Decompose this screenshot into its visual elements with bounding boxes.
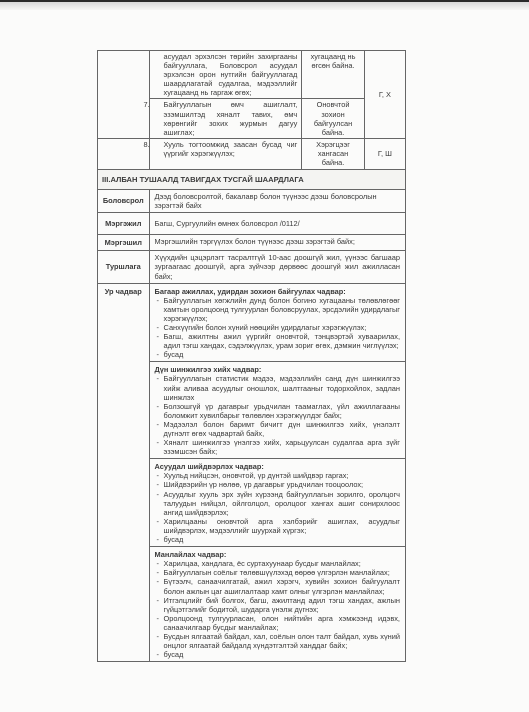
requirement-value: Мэргэшлийн тэргүүлэх болон түүнээс дээш …: [149, 235, 405, 251]
dash-bullet-icon: -: [157, 480, 164, 489]
skill-bullet-text: Болзошгүй үр дагаврыг урьдчилан таамагла…: [164, 402, 400, 420]
skill-bullet-item: -Байгууллагын хөгжлийн дунд болон богино…: [155, 296, 400, 323]
requirement-row-education: Боловсрол Дээд боловсролтой, бакалавр бо…: [98, 189, 406, 212]
dash-bullet-icon: -: [157, 577, 164, 586]
skill-group: Дүн шинжилгээ хийх чадвар:-Байгууллагын …: [149, 362, 405, 459]
skill-bullet-item: -бусад: [155, 650, 400, 659]
skill-bullet-text: Санхүүгийн болон хүний нөөцийн удирдлагы…: [164, 323, 367, 332]
skill-bullet-item: -Харилцаа, хандлага, ёс суртахуунаар бус…: [155, 559, 400, 568]
skill-bullet-text: Асуудлыг хууль эрх зүйн хүрээнд байгуулл…: [164, 490, 400, 517]
blank-cell: [98, 51, 150, 139]
skill-bullet-text: Хяналт шинжилгээ үнэлгээ хийх, харьцуулс…: [164, 438, 400, 456]
dash-bullet-icon: -: [157, 614, 164, 623]
dash-bullet-icon: -: [157, 632, 164, 641]
dash-bullet-icon: -: [157, 471, 164, 480]
skill-group: Манлайлах чадвар:-Харилцаа, хандлага, ёс…: [149, 547, 405, 662]
dash-bullet-icon: -: [157, 438, 164, 447]
dash-bullet-icon: -: [157, 517, 164, 526]
skill-bullet-item: -Оролцоонд тулгуурласан, олон нийтийн ар…: [155, 614, 400, 632]
skill-heading: Дүн шинжилгээ хийх чадвар:: [155, 365, 400, 374]
scan-shadow: [0, 2, 529, 10]
requirement-row-profession: Мэргэжил Багш, Сургуулийн өмнөх боловсро…: [98, 213, 406, 235]
dash-bullet-icon: -: [157, 559, 164, 568]
dash-bullet-icon: -: [157, 332, 164, 341]
dash-bullet-icon: -: [157, 596, 164, 605]
duty-criterion: Оновчтой зохион байгуулсан байна.: [302, 99, 365, 138]
skill-bullet-text: Итгэлцлийг бий болгох, багш, ажилтанд ад…: [164, 596, 400, 614]
skill-bullet-item: -Шийдвэрийн үр нөлөө, үр дагаврыг урьдчи…: [155, 480, 400, 489]
requirement-label: Мэргэшил: [98, 235, 150, 251]
dash-bullet-icon: -: [157, 402, 164, 411]
dash-bullet-icon: -: [157, 323, 164, 332]
skill-bullet-item: -бусад: [155, 350, 400, 359]
section-header-row: III.АЛБАН ТУШААЛД ТАВИГДАХ ТУСГАЙ ШААРДЛ…: [98, 169, 406, 189]
skill-bullet-item: -Мэдээлэл болон баримт бичигт дүн шинжил…: [155, 420, 400, 438]
requirement-row-qualification: Мэргэшил Мэргэшлийн тэргүүлэх болон түүн…: [98, 235, 406, 251]
dash-bullet-icon: -: [157, 490, 164, 499]
duty-code: Г, Ш: [364, 138, 405, 169]
duty-code: Г, Х: [364, 51, 405, 139]
skill-bullet-text: Мэдээлэл болон баримт бичигт дүн шинжилг…: [164, 420, 400, 438]
job-description-table: асуудал эрхэлсэн төрийн захиргааны байгу…: [97, 50, 406, 662]
duty-text-content: Хууль тогтоомжид заасан бусад чиг үүргий…: [164, 140, 298, 158]
skill-bullet-text: Харилцаа, хандлага, ёс суртахуунаар бусд…: [164, 559, 361, 568]
skill-bullet-item: -Болзошгүй үр дагаврыг урьдчилан таамагл…: [155, 402, 400, 420]
requirement-label: Мэргэжил: [98, 213, 150, 235]
section-title: III.АЛБАН ТУШААЛД ТАВИГДАХ ТУСГАЙ ШААРДЛ…: [98, 169, 406, 189]
skill-bullet-text: Хуульд нийцсэн, оновчтой, үр дүнтэй шийд…: [164, 471, 349, 480]
dash-bullet-icon: -: [157, 374, 164, 383]
skill-bullet-item: -Бусдын ялгаатай байдал, хал, соёлын оло…: [155, 632, 400, 650]
skill-bullet-text: Багш, ажилтны ажил үүргийг оновчтой, тэн…: [164, 332, 400, 350]
requirement-value: Багш, Сургуулийн өмнөх боловсрол /0112/: [149, 213, 405, 235]
requirement-value: Хүүхдийн цэцэрлэгт тасралтгүй 10-аас доо…: [149, 251, 405, 283]
skill-bullet-item: -Хуульд нийцсэн, оновчтой, үр дүнтэй ший…: [155, 471, 400, 480]
skill-bullet-item: -Хяналт шинжилгээ үнэлгээ хийх, харьцуул…: [155, 438, 400, 456]
skill-bullet-item: -Санхүүгийн болон хүний нөөцийн удирдлаг…: [155, 323, 400, 332]
requirement-value: Дээд боловсролтой, бакалавр болон түүнээ…: [149, 189, 405, 212]
skill-bullet-text: Байгууллагын статистик мэдээ, мэдээллийн…: [164, 374, 400, 401]
skills-row-0: Ур чадвар Багаар ажиллах, удирдан зохион…: [98, 283, 406, 362]
skill-bullet-text: Байгууллагын соёлыг төлөвшүүлэхэд өөрөө …: [164, 568, 390, 577]
skill-bullet-item: -Бүтээлч, санаачилгатай, ажил хэрэгч, ху…: [155, 577, 400, 595]
duty-text: асуудал эрхэлсэн төрийн захиргааны байгу…: [149, 51, 302, 99]
skill-bullet-item: -Байгууллагын соёлыг төлөвшүүлэхэд өөрөө…: [155, 568, 400, 577]
duty-number: 8.: [154, 140, 164, 149]
skill-bullet-item: -Асуудлыг хууль эрх зүйн хүрээнд байгуул…: [155, 490, 400, 517]
duty-text-content: асуудал эрхэлсэн төрийн захиргааны байгу…: [164, 52, 298, 97]
skill-bullet-text: бусад: [164, 535, 184, 544]
duty-criterion: хугацаанд нь өгсөн байна.: [302, 51, 365, 99]
requirement-label: Боловсрол: [98, 189, 150, 212]
requirement-row-experience: Туршлага Хүүхдийн цэцэрлэгт тасралтгүй 1…: [98, 251, 406, 283]
duty-row-8: 8.Хууль тогтоомжид заасан бусад чиг үүрг…: [98, 138, 406, 169]
dash-bullet-icon: -: [157, 296, 164, 305]
skills-label: Ур чадвар: [98, 283, 150, 662]
skill-bullet-item: -бусад: [155, 535, 400, 544]
skill-bullet-text: Байгууллагын хөгжлийн дунд болон богино …: [164, 296, 400, 323]
dash-bullet-icon: -: [157, 535, 164, 544]
duty-code-7: Г, Х: [379, 90, 391, 99]
dash-bullet-icon: -: [157, 650, 164, 659]
skill-bullet-text: бусад: [164, 650, 184, 659]
skill-bullet-item: -Байгууллагын статистик мэдээ, мэдээллий…: [155, 374, 400, 401]
skill-bullet-text: бусад: [164, 350, 184, 359]
duty-text: 7.Байгууллагын өмч ашиглалт, эзэмшилтэд …: [149, 99, 302, 138]
skill-bullet-text: Бүтээлч, санаачилгатай, ажил хэрэгч, хув…: [164, 577, 400, 595]
skill-bullet-text: Оролцоонд тулгуурласан, олон нийтийн арг…: [164, 614, 400, 632]
requirement-label: Туршлага: [98, 251, 150, 283]
skill-bullet-item: -Багш, ажилтны ажил үүргийг оновчтой, тэ…: [155, 332, 400, 350]
skill-bullet-text: Бусдын ялгаатай байдал, хал, соёлын олон…: [164, 632, 400, 650]
scanned-document-page: асуудал эрхэлсэн төрийн захиргааны байгу…: [0, 10, 529, 712]
skill-bullet-item: -Харилцааны оновчтой арга хэлбэрийг ашиг…: [155, 517, 400, 535]
skill-bullet-text: Харилцааны оновчтой арга хэлбэрийг ашигл…: [164, 517, 400, 535]
duty-text-content: Байгууллагын өмч ашиглалт, эзэмшилтэд хя…: [164, 100, 298, 136]
duty-text: 8.Хууль тогтоомжид заасан бусад чиг үүрг…: [149, 138, 302, 169]
skill-heading: Багаар ажиллах, удирдан зохион байгуулах…: [155, 287, 400, 296]
duty-criterion: Хэрэгцээг хангасан байна.: [302, 138, 365, 169]
skill-bullet-text: Шийдвэрийн үр нөлөө, үр дагаврыг урьдчил…: [164, 480, 364, 489]
duty-number: 7.: [154, 100, 164, 109]
blank-cell: [98, 138, 150, 169]
skill-group: Багаар ажиллах, удирдан зохион байгуулах…: [149, 283, 405, 362]
skill-group: Асуудал шийдвэрлэх чадвар:-Хуульд нийцсэ…: [149, 459, 405, 547]
dash-bullet-icon: -: [157, 568, 164, 577]
dash-bullet-icon: -: [157, 420, 164, 429]
skill-heading: Манлайлах чадвар:: [155, 550, 400, 559]
dash-bullet-icon: -: [157, 350, 164, 359]
skill-heading: Асуудал шийдвэрлэх чадвар:: [155, 462, 400, 471]
skill-bullet-item: -Итгэлцлийг бий болгох, багш, ажилтанд а…: [155, 596, 400, 614]
duty-row-continued: асуудал эрхэлсэн төрийн захиргааны байгу…: [98, 51, 406, 99]
